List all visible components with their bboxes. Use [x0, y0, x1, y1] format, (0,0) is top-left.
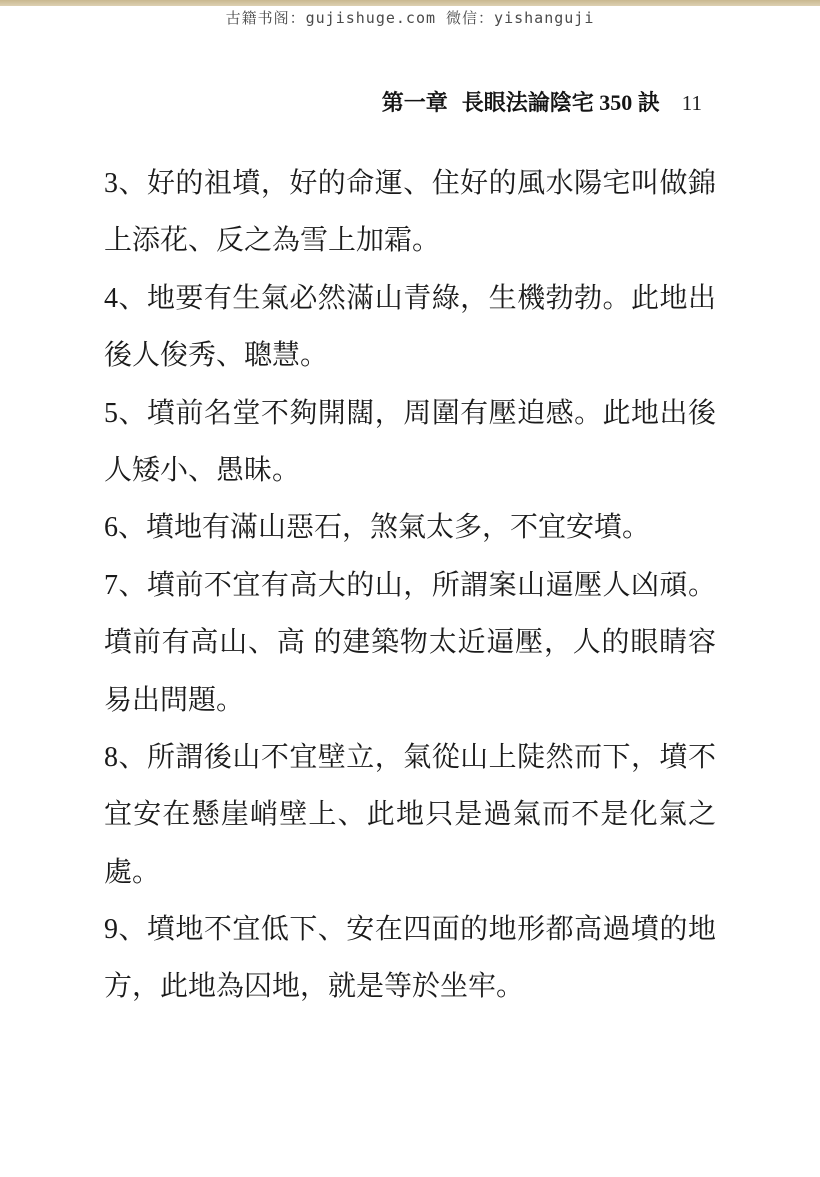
paragraph-9: 9、墳地不宜低下、安在四面的地形都高過墳的地 方，此地為囚地，就是等於坐牢。: [104, 901, 716, 1016]
text-line: 人矮小、愚昧。: [104, 442, 716, 499]
paragraph-5: 5、墳前名堂不夠開闊，周圍有壓迫感。此地出後 人矮小、愚昧。: [104, 385, 716, 500]
paragraph-6: 6、墳地有滿山惡石，煞氣太多，不宜安墳。: [104, 499, 716, 556]
text-line: 墳前有高山、高 的建築物太近逼壓，人的眼睛容: [104, 614, 716, 671]
text-line: 3、好的祖墳，好的命運、住好的風水陽宅叫做錦: [104, 155, 716, 212]
text-line: 6、墳地有滿山惡石，煞氣太多，不宜安墳。: [104, 499, 716, 556]
page-number: 11: [682, 91, 702, 116]
chapter-header: 第一章 長眼法論陰宅 350 訣 11: [382, 86, 702, 117]
top-border-line: [0, 0, 820, 6]
paragraph-3: 3、好的祖墳，好的命運、住好的風水陽宅叫做錦 上添花、反之為雪上加霜。: [104, 155, 716, 270]
text-line: 處。: [104, 844, 716, 901]
paragraph-7: 7、墳前不宜有高大的山，所謂案山逼壓人凶頑。 墳前有高山、高 的建築物太近逼壓，…: [104, 557, 716, 729]
text-line: 9、墳地不宜低下、安在四面的地形都高過墳的地: [104, 901, 716, 958]
text-line: 後人俊秀、聰慧。: [104, 327, 716, 384]
text-line: 宜安在懸崖峭壁上、此地只是過氣而不是化氣之: [104, 786, 716, 843]
text-line: 7、墳前不宜有高大的山，所謂案山逼壓人凶頑。: [104, 557, 716, 614]
text-line: 方，此地為囚地，就是等於坐牢。: [104, 958, 716, 1015]
text-line: 4、地要有生氣必然滿山青綠，生機勃勃。此地出: [104, 270, 716, 327]
text-line: 易出問題。: [104, 672, 716, 729]
text-line: 上添花、反之為雪上加霜。: [104, 212, 716, 269]
watermark-text: 古籍书阁：gujishuge.com 微信：yishanguji: [0, 7, 820, 28]
body-text: 3、好的祖墳，好的命運、住好的風水陽宅叫做錦 上添花、反之為雪上加霜。 4、地要…: [104, 155, 716, 1016]
paragraph-4: 4、地要有生氣必然滿山青綠，生機勃勃。此地出 後人俊秀、聰慧。: [104, 270, 716, 385]
scanned-book-page: 古籍书阁：gujishuge.com 微信：yishanguji 第一章 長眼法…: [0, 0, 820, 1177]
chapter-label: 第一章: [382, 86, 448, 117]
chapter-title: 長眼法論陰宅 350 訣: [462, 86, 660, 117]
text-line: 5、墳前名堂不夠開闊，周圍有壓迫感。此地出後: [104, 385, 716, 442]
text-line: 8、所謂後山不宜壁立，氣從山上陡然而下，墳不: [104, 729, 716, 786]
paragraph-8: 8、所謂後山不宜壁立，氣從山上陡然而下，墳不 宜安在懸崖峭壁上、此地只是過氣而不…: [104, 729, 716, 901]
